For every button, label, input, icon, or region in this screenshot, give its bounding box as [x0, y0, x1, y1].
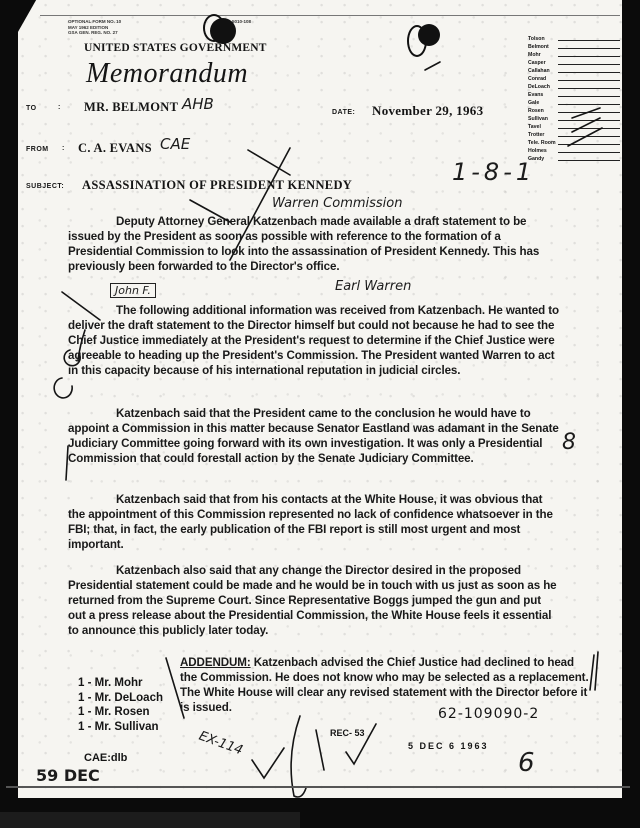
handwritten-margin-six: 6	[518, 748, 535, 778]
routing-item: Tele. Room	[528, 138, 620, 146]
file-number-stamp: 62-109090-2	[438, 706, 539, 722]
colon: :	[62, 145, 65, 152]
paragraph-text: Katzenbach also said that any change the…	[68, 563, 560, 638]
body-paragraph-4: Katzenbach said that from his contacts a…	[68, 492, 560, 552]
date-label: DATE:	[332, 109, 355, 116]
routing-item: Tavel	[528, 122, 620, 130]
from-value: C. A. EVANS	[78, 141, 152, 156]
handwritten-margin-eight: 8	[562, 430, 576, 455]
handwritten-note-warren-commission: Warren Commission	[272, 196, 403, 211]
copy-recipient: 1 - Mr. Mohr	[78, 676, 163, 691]
bottom-rule	[6, 786, 630, 788]
handwritten-note-earl-warren: Earl Warren	[335, 279, 411, 294]
routing-item: Holmes	[528, 146, 620, 154]
from-label: FROM	[26, 146, 49, 153]
routing-item: Evans	[528, 90, 620, 98]
routing-item: Conrad	[528, 74, 620, 82]
handwritten-initials-belmont: AHB	[182, 95, 214, 113]
bottom-left-stamp: 59 DEC	[36, 766, 100, 785]
received-date-stamp: 5 DEC 6 1963	[408, 741, 489, 751]
routing-item: Mohr	[528, 50, 620, 58]
to-label: TO	[26, 105, 37, 112]
colon: :	[58, 104, 61, 111]
paragraph-text: Katzenbach said that the President came …	[68, 406, 560, 466]
scanner-edge	[0, 812, 300, 828]
form-code-line: OPTIONAL FORM NO. 10	[68, 19, 121, 25]
routing-item: Casper	[528, 58, 620, 66]
copy-recipient: 1 - Mr. Sullivan	[78, 720, 163, 735]
routing-item: Sullivan	[528, 114, 620, 122]
typist-initials: CAE:dlb	[84, 752, 127, 764]
memo-title: Memorandum	[86, 58, 248, 90]
handwritten-margin-numbers: 1-8-1	[452, 158, 535, 186]
top-rule	[40, 15, 620, 16]
routing-item: Belmont	[528, 42, 620, 50]
routing-item: Gandy	[528, 154, 620, 162]
form-code: OPTIONAL FORM NO. 10 MAY 1962 EDITION GS…	[68, 19, 121, 36]
handwritten-initials-evans: CAE	[160, 135, 190, 153]
rec-stamp: REC- 53	[330, 728, 365, 738]
date-value: November 29, 1963	[372, 103, 483, 119]
paragraph-text: Katzenbach said that from his contacts a…	[68, 492, 560, 552]
addendum-label: ADDENDUM:	[180, 656, 251, 669]
routing-item: Rosen	[528, 106, 620, 114]
routing-item: Callahan	[528, 66, 620, 74]
subject-label: SUBJECT:	[26, 183, 64, 190]
copy-recipient: 1 - Mr. DeLoach	[78, 691, 163, 706]
routing-item: Trotter	[528, 130, 620, 138]
copy-recipient: 1 - Mr. Rosen	[78, 705, 163, 720]
copy-distribution-list: 1 - Mr. Mohr 1 - Mr. DeLoach 1 - Mr. Ros…	[78, 676, 163, 734]
body-paragraph-1: Deputy Attorney General Katzenbach made …	[68, 214, 560, 274]
handwritten-note-john-f: John F.	[110, 283, 156, 298]
agency-name: UNITED STATES GOVERNMENT	[84, 42, 267, 54]
paragraph-text: Deputy Attorney General Katzenbach made …	[68, 214, 560, 274]
punch-hole	[210, 18, 236, 44]
paragraph-text: The following additional information was…	[68, 303, 560, 378]
body-paragraph-2: The following additional information was…	[68, 303, 560, 378]
routing-item: Tolson	[528, 34, 620, 42]
form-number: 5010-108	[232, 19, 251, 24]
subject-value: ASSASSINATION OF PRESIDENT KENNEDY	[82, 178, 352, 193]
routing-item: Gale	[528, 98, 620, 106]
form-code-line: GSA GEN. REG. NO. 27	[68, 30, 121, 36]
routing-item: DeLoach	[528, 82, 620, 90]
body-paragraph-5: Katzenbach also said that any change the…	[68, 563, 560, 638]
routing-list: Tolson Belmont Mohr Casper Callahan Conr…	[528, 34, 620, 162]
to-value: MR. BELMONT	[84, 100, 178, 115]
body-paragraph-3: Katzenbach said that the President came …	[68, 406, 560, 466]
punch-hole	[418, 24, 440, 46]
